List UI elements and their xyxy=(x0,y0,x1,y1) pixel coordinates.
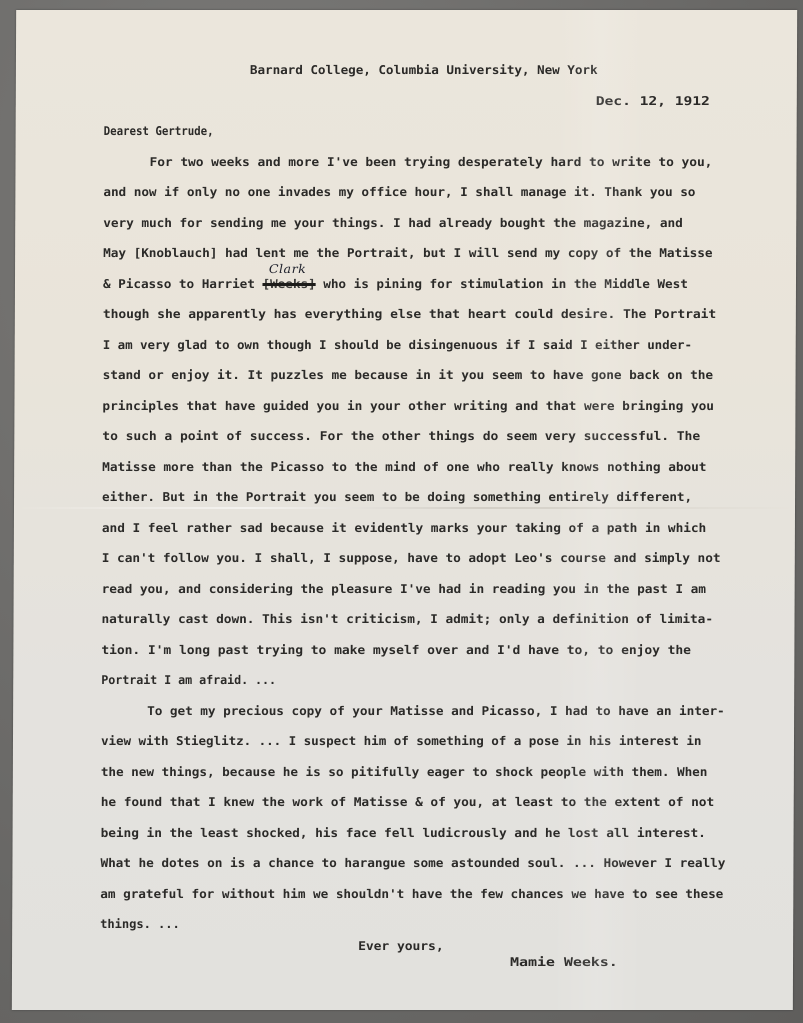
body-line-20: view with Stieglitz. ... I suspect him o… xyxy=(101,733,702,749)
body-line-2: and now if only no one invades my office… xyxy=(103,184,695,200)
closing: Ever yours, xyxy=(358,938,444,954)
body-line-18: Portrait I am afraid. ... xyxy=(101,672,276,688)
body-line-21: the new things, because he is so pitiful… xyxy=(101,764,708,780)
body-line-15: read you, and considering the pleasure I… xyxy=(102,581,706,597)
body-line-8: stand or enjoy it. It puzzles me because… xyxy=(103,367,714,383)
letter-date: Dec. 12, 1912 xyxy=(596,93,710,109)
body-line-3: very much for sending me your things. I … xyxy=(103,215,683,231)
body-line-26: things. ... xyxy=(100,916,180,932)
body-line-11: Matisse more than the Picasso to the min… xyxy=(102,459,706,475)
body-line-10: to such a point of success. For the othe… xyxy=(102,428,700,444)
body-line-9: principles that have guided you in your … xyxy=(102,398,714,414)
letterhead: Barnard College, Columbia University, Ne… xyxy=(250,62,598,78)
body-line-5: & Picasso to Harriet [Weeks]Clark who is… xyxy=(103,276,688,292)
letter-page: Barnard College, Columbia University, Ne… xyxy=(12,10,797,1010)
signature: Mamie Weeks. xyxy=(510,954,618,970)
body-line-6: though she apparently has everything els… xyxy=(103,306,716,322)
body-line-7: I am very glad to own though I should be… xyxy=(103,337,692,353)
body-line-14: I can't follow you. I shall, I suppose, … xyxy=(102,550,721,566)
body-line-12: either. But in the Portrait you seem to … xyxy=(102,489,692,505)
body-line-5-start: & Picasso to Harriet xyxy=(103,277,263,291)
name-correction: [Weeks]Clark xyxy=(262,276,315,292)
struck-out-name: [Weeks] xyxy=(262,277,315,291)
body-line-22: he found that I knew the work of Matisse… xyxy=(101,794,715,810)
handwritten-correction: Clark xyxy=(269,261,307,277)
body-line-17: tion. I'm long past trying to make mysel… xyxy=(101,642,691,658)
body-line-19: To get my precious copy of your Matisse … xyxy=(147,703,725,719)
body-line-13: and I feel rather sad because it evident… xyxy=(102,520,706,536)
body-line-1: For two weeks and more I've been trying … xyxy=(149,154,712,170)
salutation: Dearest Gertrude, xyxy=(104,123,214,139)
body-line-5-end: who is pining for stimulation in the Mid… xyxy=(316,277,688,291)
body-line-16: naturally cast down. This isn't criticis… xyxy=(101,611,713,627)
body-line-24: What he dotes on is a chance to harangue… xyxy=(100,855,725,871)
body-line-4: May [Knoblauch] had lent me the Portrait… xyxy=(103,245,713,261)
body-line-23: being in the least shocked, his face fel… xyxy=(101,825,706,841)
body-line-25: am grateful for without him we shouldn't… xyxy=(100,886,723,902)
